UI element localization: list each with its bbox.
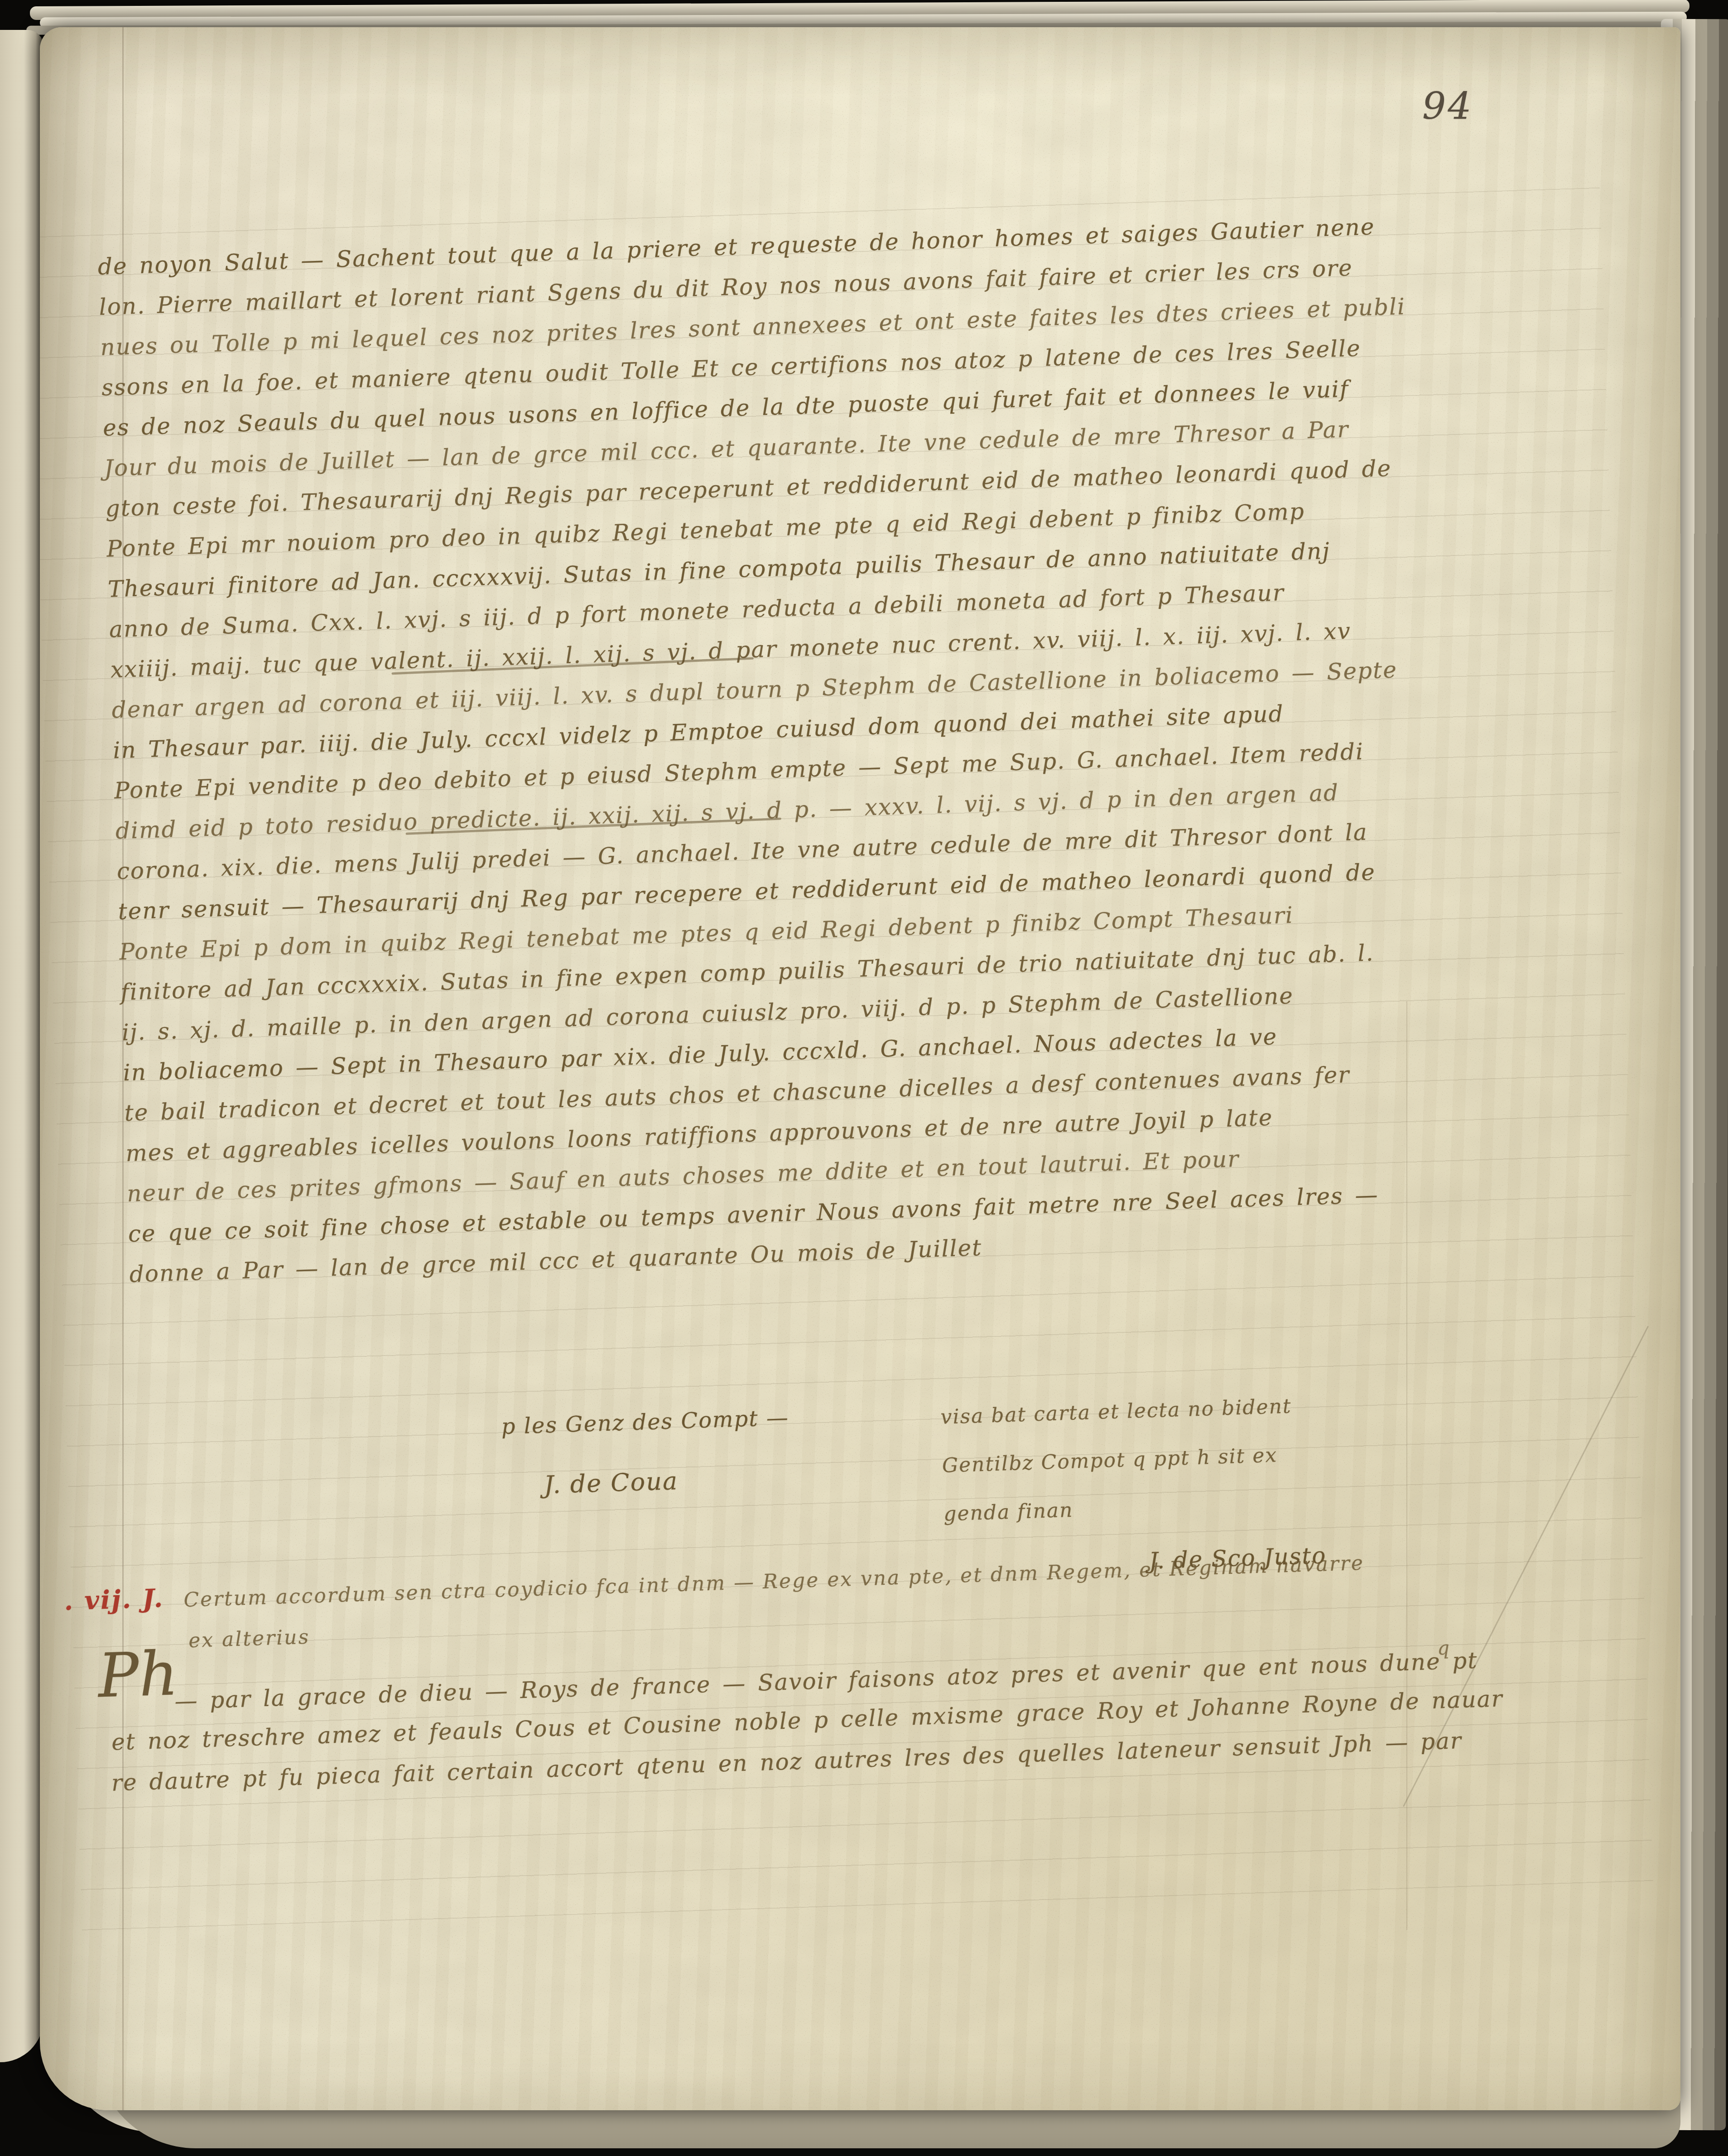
rubric-subheading: ex alterius (188, 1625, 310, 1652)
signature-right-line: Gentilbz Compot q ppt h sit ex (942, 1443, 1293, 1477)
manuscript-page: 94 de noyon Salut — Sachent tout que a l… (40, 27, 1680, 2110)
facing-page-edge (0, 30, 43, 2062)
signature-right-block: visa bat carta et lecta no bidentGentilb… (940, 1394, 1296, 1551)
signature-right-line: genda finan (943, 1491, 1295, 1525)
writing-layer: de noyon Salut — Sachent tout que a la p… (97, 204, 1680, 1956)
signature-left-name: J. de Coua (544, 1466, 679, 1499)
entry2-initial: Ph (97, 1638, 179, 1711)
manuscript-photo: 94 de noyon Salut — Sachent tout que a l… (0, 0, 1728, 2156)
rubric-number: . vij. J. (63, 1583, 164, 1616)
folio-number: 94 (1422, 85, 1473, 128)
marginal-mark: q (1437, 1637, 1449, 1659)
